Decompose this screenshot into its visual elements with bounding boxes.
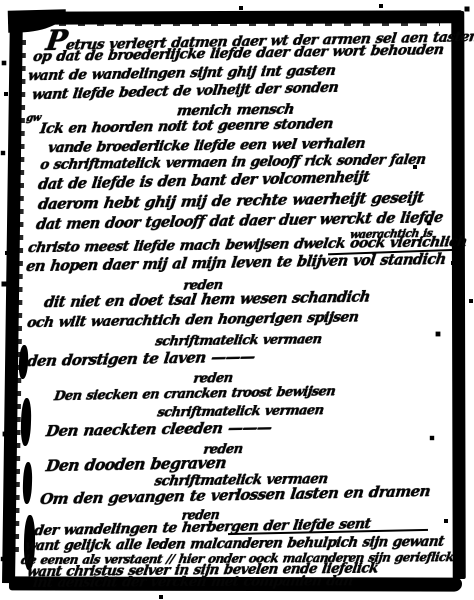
- manuscript-line: Om den gevangen te verlossen lasten en d…: [39, 484, 431, 507]
- manuscript-line: daerom hebt ghij mij de rechte waerheijt…: [37, 190, 424, 212]
- speaker-label: schriftmatelick vermaen: [107, 332, 369, 349]
- ink-blot: [20, 398, 32, 446]
- scan-border-right: [451, 11, 465, 579]
- speaker-label: schriftmatelick vermaen: [109, 403, 371, 420]
- manuscript-scan-page: { "page": { "paper_color": "#ffffff", "i…: [0, 0, 474, 600]
- manuscript-line: want liefde bedect de volheijt der sonde…: [31, 81, 339, 102]
- manuscript-line: int aensicht der vercken met companien d…: [32, 575, 353, 590]
- manuscript-line: en hopen daer mij al mijn leven te blijv…: [25, 253, 446, 275]
- manuscript-line: den dorstigen te laven ———: [26, 349, 255, 369]
- manuscript-line: Den dooden begraven: [45, 455, 227, 474]
- manuscript-line: Den siecken en crancken troost bewijsen: [53, 385, 336, 403]
- manuscript-line: dit niet en doet tsal hem wesen schandic…: [43, 290, 370, 310]
- manuscript-line: och wilt waerachtich den hongerigen spij…: [26, 310, 359, 330]
- ink-blot: [22, 462, 32, 504]
- ink-specks: [0, 0, 2, 2]
- marginal-mark: gw: [25, 114, 41, 124]
- manuscript-line: Den naeckten cleeden ———: [45, 420, 272, 439]
- manuscript-line: Ick en hoorden noit tot geenre stonden: [39, 117, 334, 136]
